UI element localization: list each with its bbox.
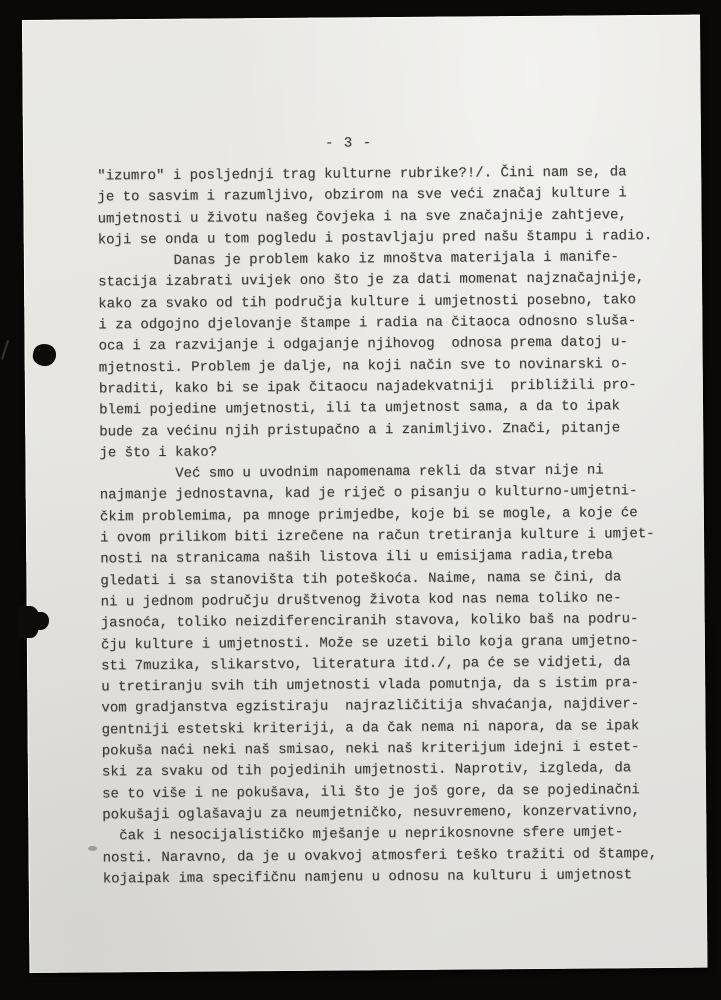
page-number: - 3 - [325,135,372,151]
smudge-mark [88,846,97,851]
paper-sheet: - 3 - "izumro" i posljednji trag kulturn… [22,15,707,973]
text-line: kojaipak ima specifičnu namjenu u odnosu… [103,865,683,891]
text-line: bude za većinu njih pristupačno a i zani… [99,417,679,443]
text-body: "izumro" i posljednji trag kulturne rubr… [97,162,683,891]
scanned-page-background: - 3 - "izumro" i posljednji trag kulturn… [0,0,721,1000]
scratch-mark [1,340,9,360]
